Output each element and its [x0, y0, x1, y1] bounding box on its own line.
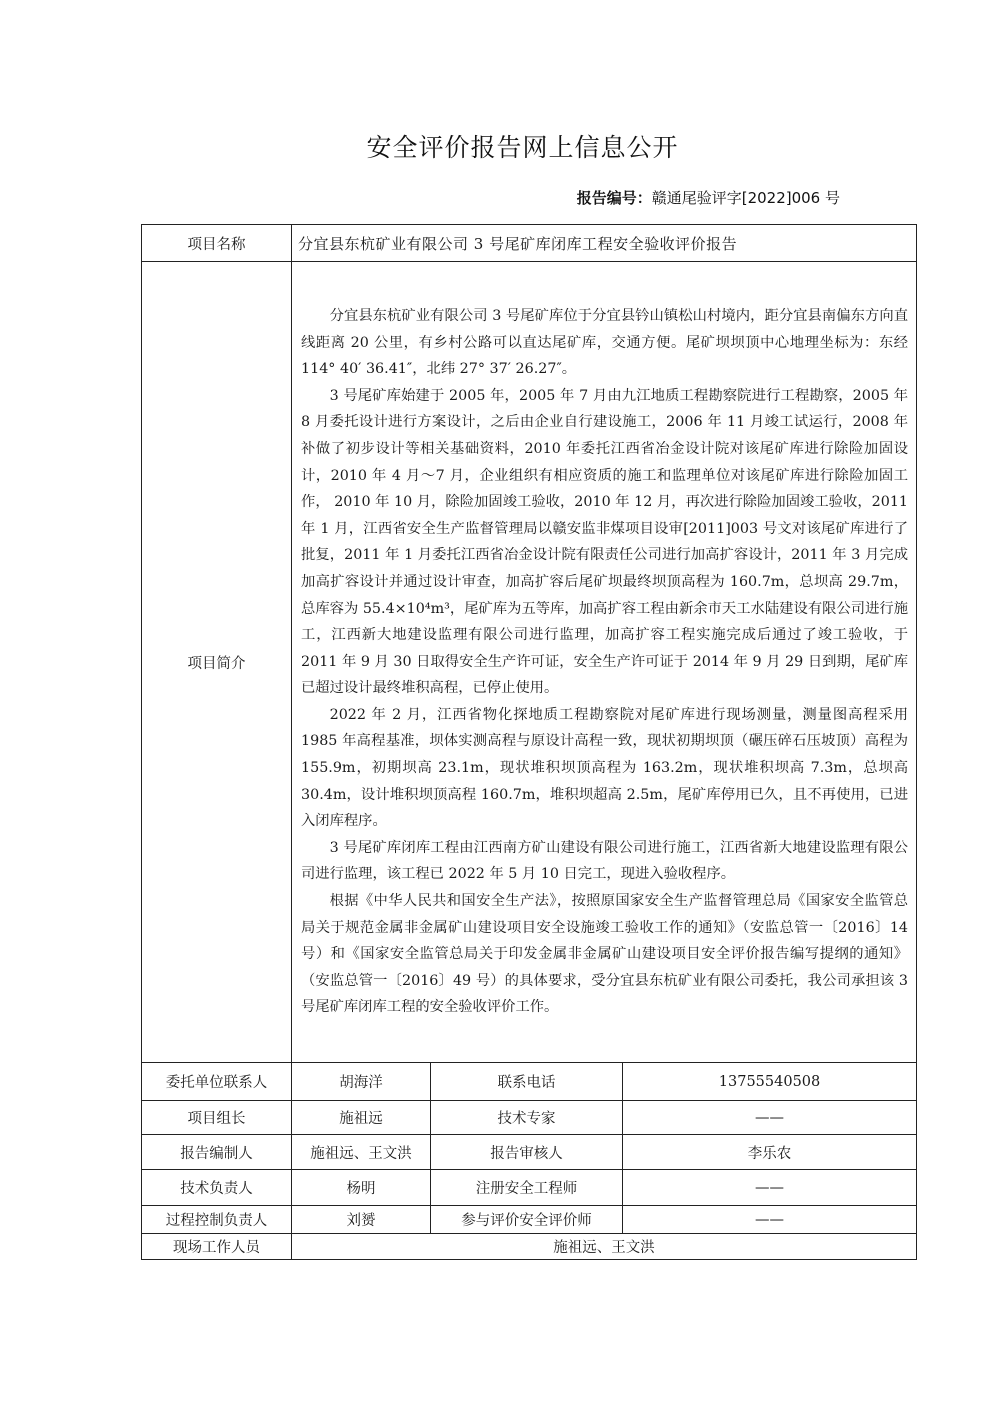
table-row: 项目组长 施祖远 技术专家 ——: [142, 1101, 917, 1135]
intro-paragraph: 3 号尾矿库始建于 2005 年，2005 年 7 月由九江地质工程勘察院进行工…: [301, 383, 908, 702]
evaluator-label: 参与评价安全评价师: [431, 1206, 623, 1234]
field-staff-label: 现场工作人员: [142, 1234, 292, 1260]
tech-expert-value: ——: [623, 1101, 917, 1135]
safety-engineer-value: ——: [623, 1170, 917, 1206]
reviewer-value: 李乐农: [623, 1135, 917, 1170]
tech-lead-label: 技术负责人: [142, 1170, 292, 1206]
project-intro-row: 项目简介 分宜县东杭矿业有限公司 3 号尾矿库位于分宜县钤山镇松山村境内，距分宜…: [142, 262, 917, 1063]
report-number-label: 报告编号：: [577, 189, 652, 207]
team-leader-value: 施祖远: [292, 1101, 431, 1135]
project-name-row: 项目名称 分宜县东杭矿业有限公司 3 号尾矿库闭库工程安全验收评价报告: [142, 225, 917, 262]
tech-expert-label: 技术专家: [431, 1101, 623, 1135]
report-number: 报告编号：赣通尾验评字[2022]006 号: [577, 187, 840, 208]
evaluator-value: ——: [623, 1206, 917, 1234]
author-value: 施祖远、王文洪: [292, 1135, 431, 1170]
process-control-value: 刘赟: [292, 1206, 431, 1234]
table-row: 过程控制负责人 刘赟 参与评价安全评价师 ——: [142, 1206, 917, 1234]
project-name-value: 分宜县东杭矿业有限公司 3 号尾矿库闭库工程安全验收评价报告: [292, 225, 917, 262]
table-row: 技术负责人 杨明 注册安全工程师 ——: [142, 1170, 917, 1206]
tech-lead-value: 杨明: [292, 1170, 431, 1206]
project-name-label: 项目名称: [142, 225, 292, 262]
intro-paragraph: 根据《中华人民共和国安全生产法》，按照原国家安全生产监督管理总局《国家安全监管总…: [301, 888, 908, 1021]
table-row: 委托单位联系人 胡海洋 联系电话 13755540508: [142, 1063, 917, 1101]
phone-label: 联系电话: [431, 1063, 623, 1101]
author-label: 报告编制人: [142, 1135, 292, 1170]
safety-engineer-label: 注册安全工程师: [431, 1170, 623, 1206]
contact-label: 委托单位联系人: [142, 1063, 292, 1101]
info-table: 项目名称 分宜县东杭矿业有限公司 3 号尾矿库闭库工程安全验收评价报告 项目简介…: [141, 224, 917, 1260]
project-intro-text: 分宜县东杭矿业有限公司 3 号尾矿库位于分宜县钤山镇松山村境内，距分宜县南偏东方…: [292, 262, 917, 1063]
page-title: 安全评价报告网上信息公开: [0, 128, 992, 164]
team-leader-label: 项目组长: [142, 1101, 292, 1135]
phone-value: 13755540508: [623, 1063, 917, 1101]
field-staff-value: 施祖远、王文洪: [292, 1234, 917, 1260]
reviewer-label: 报告审核人: [431, 1135, 623, 1170]
contact-value: 胡海洋: [292, 1063, 431, 1101]
report-number-value: 赣通尾验评字[2022]006 号: [652, 189, 840, 207]
intro-paragraph: 2022 年 2 月，江西省物化探地质工程勘察院对尾矿库进行现场测量，测量图高程…: [301, 702, 908, 835]
intro-paragraph: 3 号尾矿库闭库工程由江西南方矿山建设有限公司进行施工，江西省新大地建设监理有限…: [301, 835, 908, 888]
table-row: 报告编制人 施祖远、王文洪 报告审核人 李乐农: [142, 1135, 917, 1170]
project-intro-label: 项目简介: [142, 262, 292, 1063]
intro-paragraph: 分宜县东杭矿业有限公司 3 号尾矿库位于分宜县钤山镇松山村境内，距分宜县南偏东方…: [301, 303, 908, 383]
table-row: 现场工作人员 施祖远、王文洪: [142, 1234, 917, 1260]
process-control-label: 过程控制负责人: [142, 1206, 292, 1234]
